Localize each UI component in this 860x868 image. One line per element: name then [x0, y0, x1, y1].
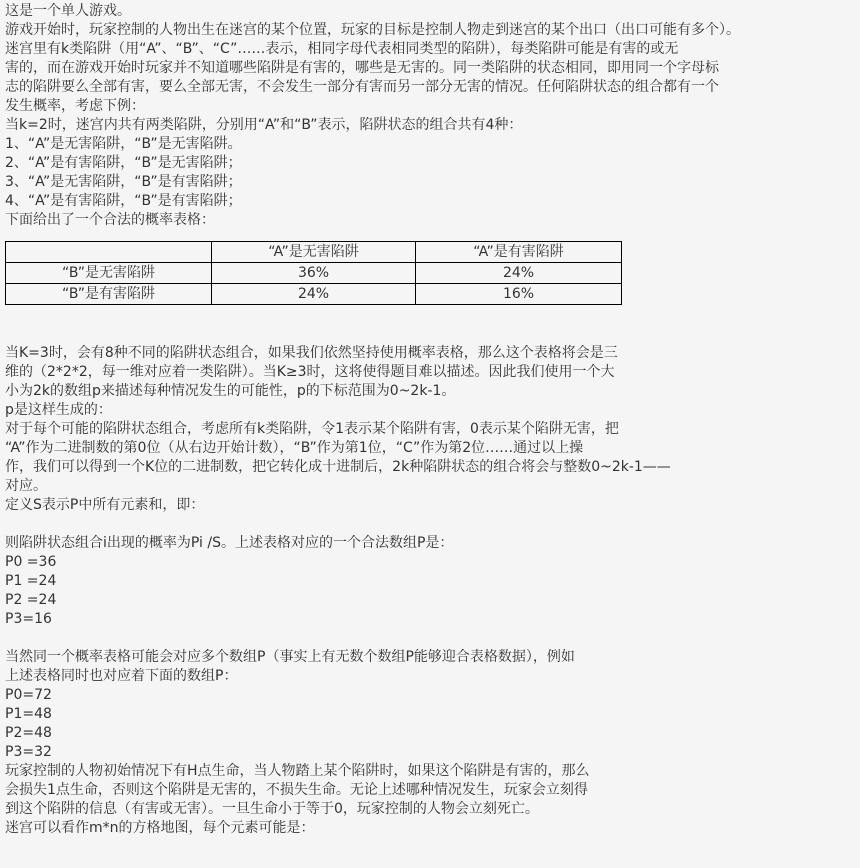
table-header-cell: “A”是无害陷阱 — [212, 242, 416, 263]
text-line: 害的，而在游戏开始时玩家并不知道哪些陷阱是有害的，哪些是无害的。同一类陷阱的状态… — [5, 59, 855, 78]
text-line: p是这样生成的： — [5, 401, 855, 420]
text-line: P3=16 — [5, 610, 855, 629]
text-line: 作，我们可以得到一个K位的二进制数，把它转化成十进制后，2k种陷阱状态的组合将会… — [5, 458, 855, 477]
text-line: P3=32 — [5, 743, 855, 762]
text-line: 3、“A”是无害陷阱，“B”是有害陷阱； — [5, 173, 855, 192]
table-cell: 24% — [212, 284, 416, 305]
text-line: P0 =36 — [5, 553, 855, 572]
text-line: 游戏开始时，玩家控制的人物出生在迷宫的某个位置，玩家的目标是控制人物走到迷宫的某… — [5, 21, 855, 40]
text-line: 定义S表示P中所有元素和，即： — [5, 496, 855, 515]
text-line: 到这个陷阱的信息（有害或无害）。一旦生命小于等于0，玩家控制的人物会立刻死亡。 — [5, 800, 855, 819]
intro-section: 这是一个单人游戏。 游戏开始时，玩家控制的人物出生在迷宫的某个位置，玩家的目标是… — [5, 2, 855, 230]
table-corner-cell — [6, 242, 212, 263]
text-line: 对应。 — [5, 477, 855, 496]
text-line: P2 =24 — [5, 591, 855, 610]
text-line: 志的陷阱要么全部有害，要么全部无害，不会发生一部分有害而另一部分无害的情况。任何… — [5, 78, 855, 97]
section-array-p: 则陷阱状态组合i出现的概率为Pi /S。上述表格对应的一个合法数组P是： P0 … — [5, 534, 855, 629]
probability-table: “A”是无害陷阱 “A”是有害陷阱 “B”是无害陷阱 36% 24% “B”是有… — [5, 241, 622, 305]
text-line: 这是一个单人游戏。 — [5, 2, 855, 21]
table-cell: 36% — [212, 263, 416, 284]
text-line: 下面给出了一个合法的概率表格： — [5, 211, 855, 230]
table-header-cell: “A”是有害陷阱 — [416, 242, 622, 263]
text-line: P0=72 — [5, 686, 855, 705]
spacer — [5, 305, 855, 344]
table-row: “B”是无害陷阱 36% 24% — [6, 263, 622, 284]
spacer — [5, 515, 855, 534]
text-line: P1=48 — [5, 705, 855, 724]
text-line: 4、“A”是有害陷阱，“B”是有害陷阱； — [5, 192, 855, 211]
table-header-row: “A”是无害陷阱 “A”是有害陷阱 — [6, 242, 622, 263]
text-line: P2=48 — [5, 724, 855, 743]
text-line: 小为2k的数组p来描述每种情况发生的可能性，p的下标范围为0~2k-1。 — [5, 382, 855, 401]
text-line: 1、“A”是无害陷阱，“B”是无害陷阱。 — [5, 135, 855, 154]
table-cell: 16% — [416, 284, 622, 305]
text-line: 维的（2*2*2，每一维对应着一类陷阱）。当K≥3时，这将使得题目难以描述。因此… — [5, 363, 855, 382]
text-line: 迷宫里有k类陷阱（用“A”、“B”、“C”……表示，相同字母代表相同类型的陷阱）… — [5, 40, 855, 59]
text-line: 对于每个可能的陷阱状态组合，考虑所有k类陷阱，令1表示某个陷阱有害，0表示某个陷… — [5, 420, 855, 439]
text-line: 玩家控制的人物初始情况下有H点生命，当人物踏上某个陷阱时，如果这个陷阱是有害的，… — [5, 762, 855, 781]
text-line: 上述表格同时也对应着下面的数组P： — [5, 667, 855, 686]
text-line: 当然同一个概率表格可能会对应多个数组P（事实上有无数个数组P能够迎合表格数据），… — [5, 648, 855, 667]
text-line: 2、“A”是有害陷阱，“B”是无害陷阱； — [5, 154, 855, 173]
table-row: “B”是有害陷阱 24% 16% — [6, 284, 622, 305]
table-cell: 24% — [416, 263, 622, 284]
text-line: P1 =24 — [5, 572, 855, 591]
table-row-header: “B”是无害陷阱 — [6, 263, 212, 284]
problem-statement: 这是一个单人游戏。 游戏开始时，玩家控制的人物出生在迷宫的某个位置，玩家的目标是… — [5, 2, 855, 838]
text-line: 会损失1点生命，否则这个陷阱是无害的，不损失生命。无论上述哪种情况发生，玩家会立… — [5, 781, 855, 800]
section-k3: 当K=3时，会有8种不同的陷阱状态组合，如果我们依然坚持使用概率表格，那么这个表… — [5, 344, 855, 515]
text-line: 则陷阱状态组合i出现的概率为Pi /S。上述表格对应的一个合法数组P是： — [5, 534, 855, 553]
text-line: 发生概率，考虑下例： — [5, 97, 855, 116]
text-line: 当k=2时，迷宫内共有两类陷阱，分别用“A”和“B”表示，陷阱状态的组合共有4种… — [5, 116, 855, 135]
spacer — [5, 629, 855, 648]
text-line: 当K=3时，会有8种不同的陷阱状态组合，如果我们依然坚持使用概率表格，那么这个表… — [5, 344, 855, 363]
text-line: “A”作为二进制数的第0位（从右边开始计数），“B”作为第1位，“C”作为第2位… — [5, 439, 855, 458]
section-alt-array: 当然同一个概率表格可能会对应多个数组P（事实上有无数个数组P能够迎合表格数据），… — [5, 648, 855, 838]
text-line: 迷宫可以看作m*n的方格地图，每个元素可能是： — [5, 819, 855, 838]
table-row-header: “B”是有害陷阱 — [6, 284, 212, 305]
